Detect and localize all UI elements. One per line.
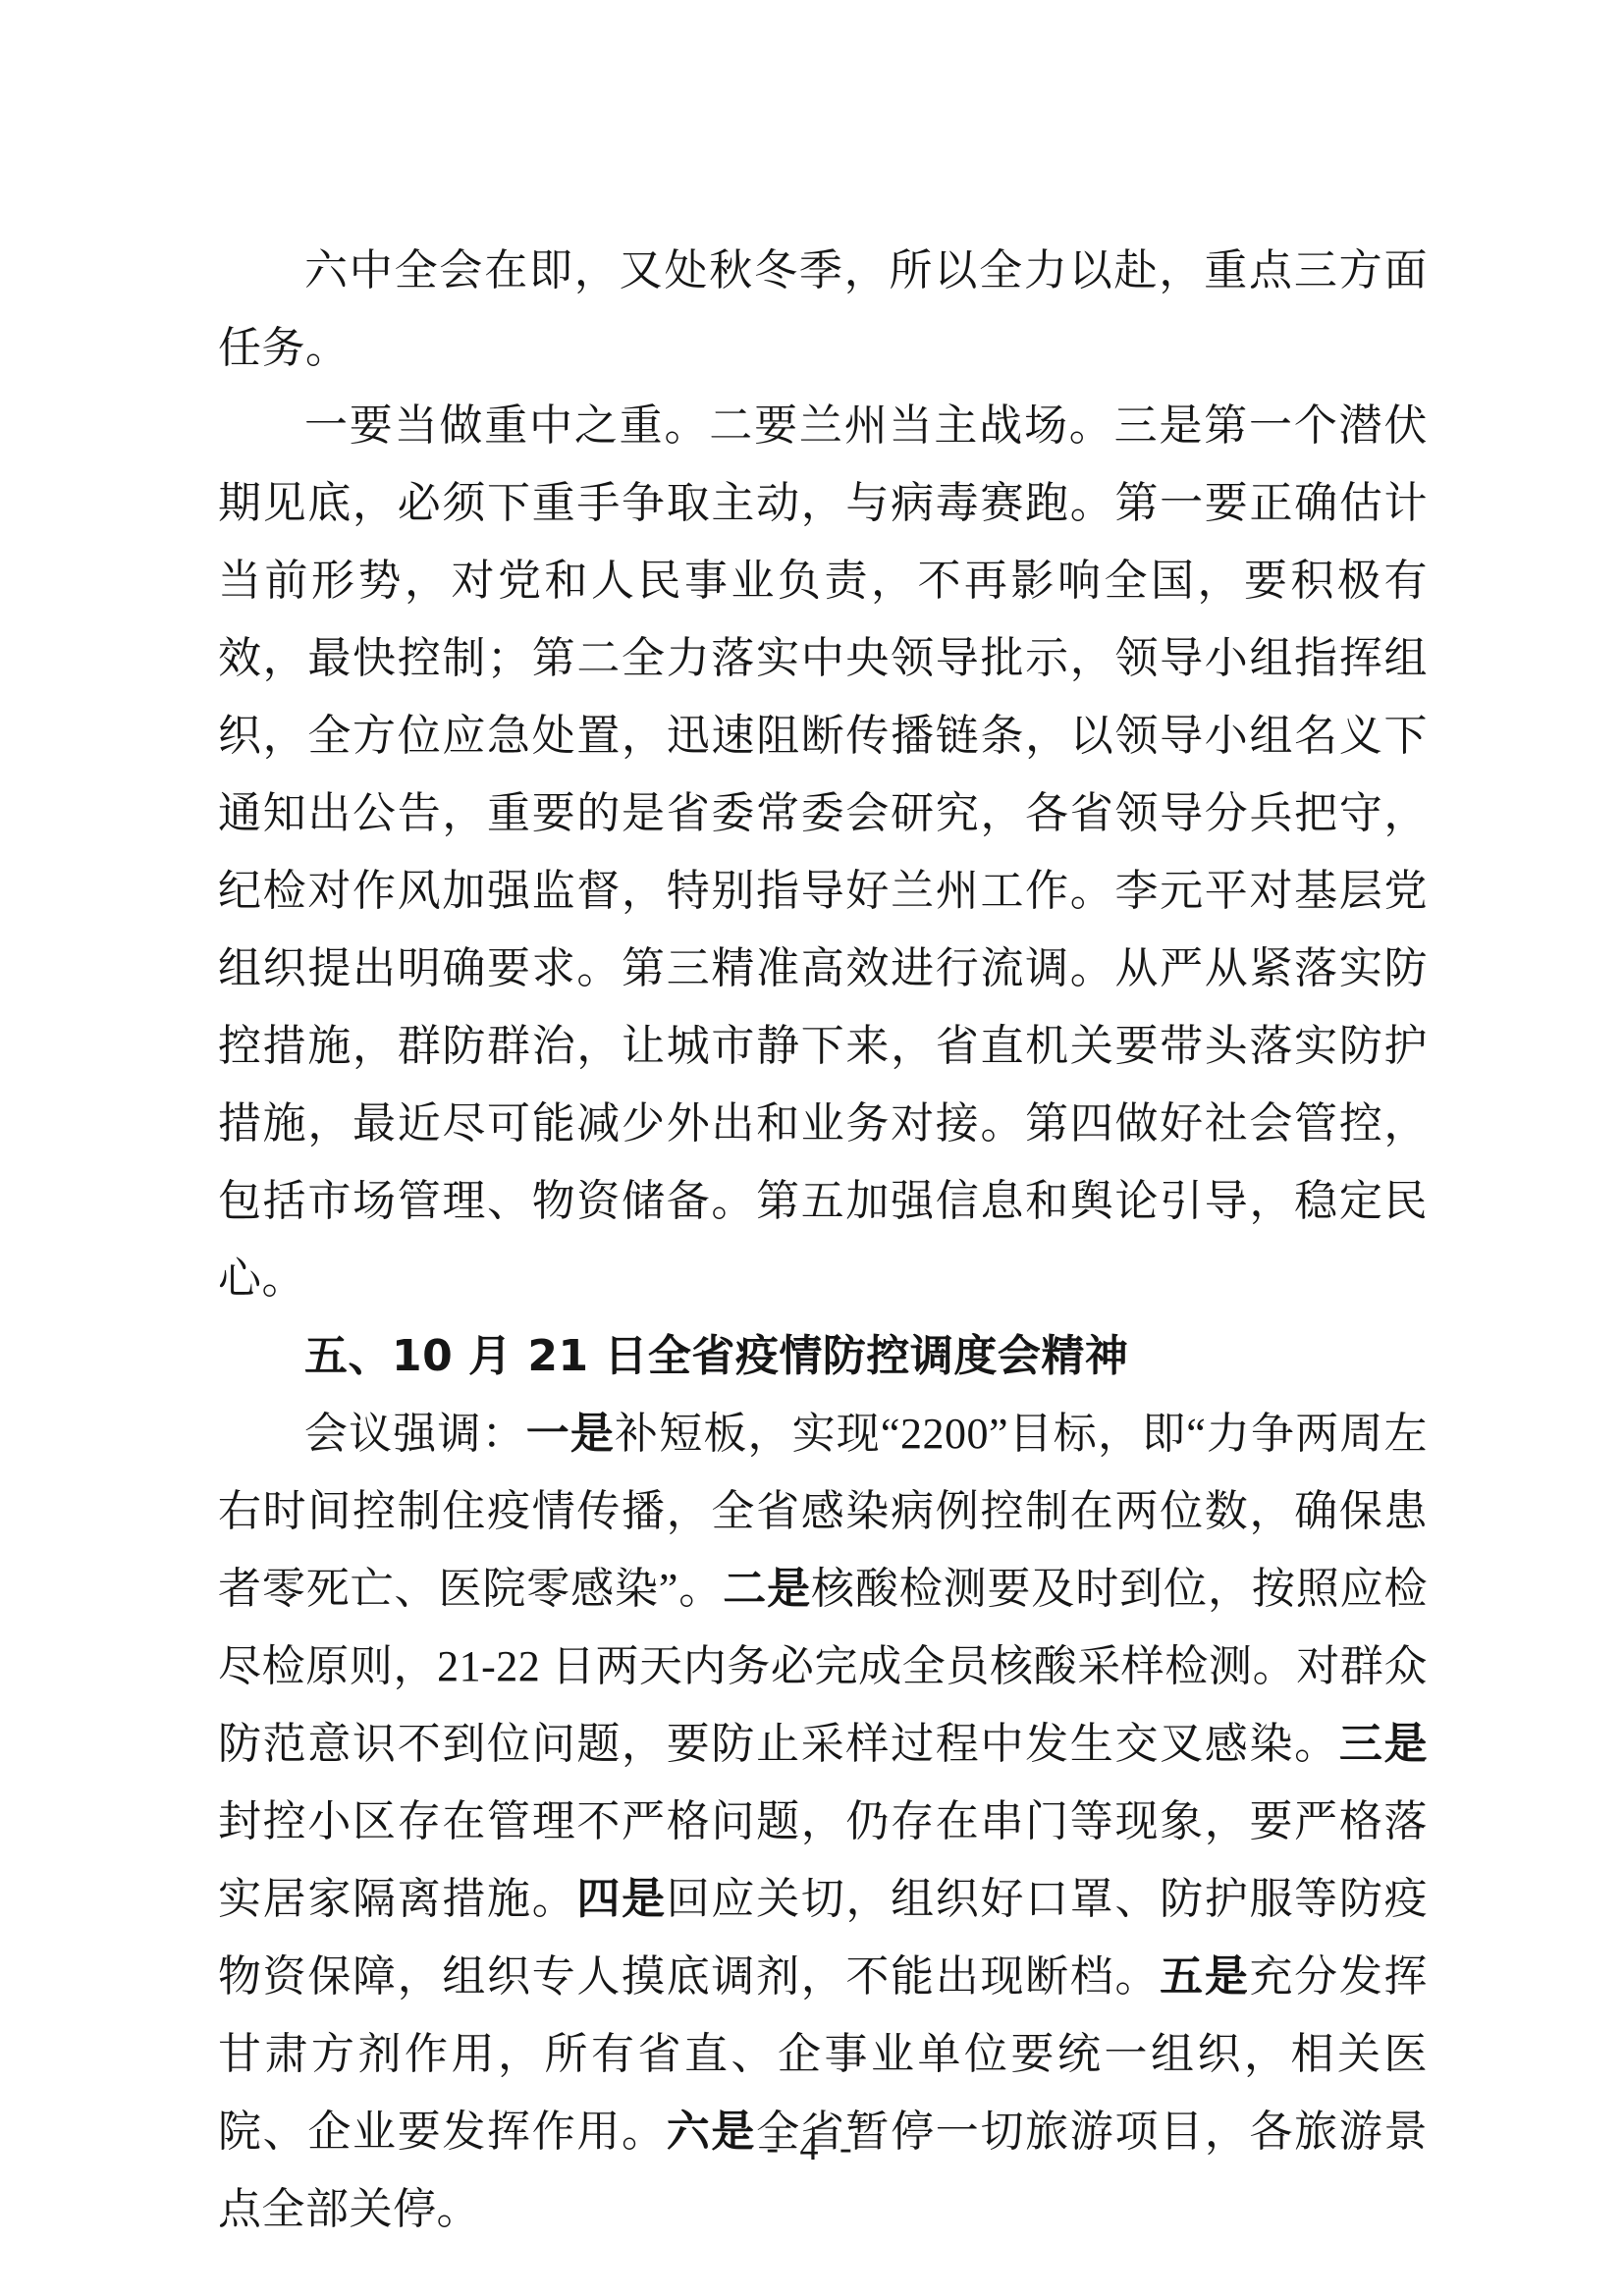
paragraph: 会议强调：一是补短板，实现“2200”目标，即“力争两周左右时间控制住疫情传播，…	[218, 1395, 1428, 2248]
document-page: 六中全会在即，又处秋冬季，所以全力以赴，重点三方面任务。一要当做重中之重。二要兰…	[0, 0, 1624, 2296]
emphasis-run: 三是	[1339, 1719, 1428, 1769]
section-heading: 五、10 月 21 日全省疫情防控调度会精神	[218, 1317, 1428, 1395]
document-body: 六中全会在即，又处秋冬季，所以全力以赴，重点三方面任务。一要当做重中之重。二要兰…	[218, 232, 1428, 2248]
emphasis-run: 二是	[723, 1564, 811, 1614]
emphasis-run: 一是	[526, 1409, 615, 1459]
text-run: 六中全会在即，又处秋冬季，所以全力以赴，重点三方面任务。	[218, 246, 1428, 372]
text-run: 一要当做重中之重。二要兰州当主战场。三是第一个潜伏期见底，必须下重手争取主动，与…	[218, 401, 1428, 1303]
paragraph: 六中全会在即，又处秋冬季，所以全力以赴，重点三方面任务。	[218, 232, 1428, 387]
text-run: 会议强调：	[304, 1410, 526, 1458]
emphasis-run: 四是	[576, 1874, 666, 1924]
emphasis-run: 五、10 月 21 日全省疫情防控调度会精神	[304, 1331, 1128, 1381]
page-number: - 4 -	[0, 2128, 1624, 2167]
paragraph: 一要当做重中之重。二要兰州当主战场。三是第一个潜伏期见底，必须下重手争取主动，与…	[218, 387, 1428, 1317]
emphasis-run: 五是	[1160, 1951, 1249, 2002]
